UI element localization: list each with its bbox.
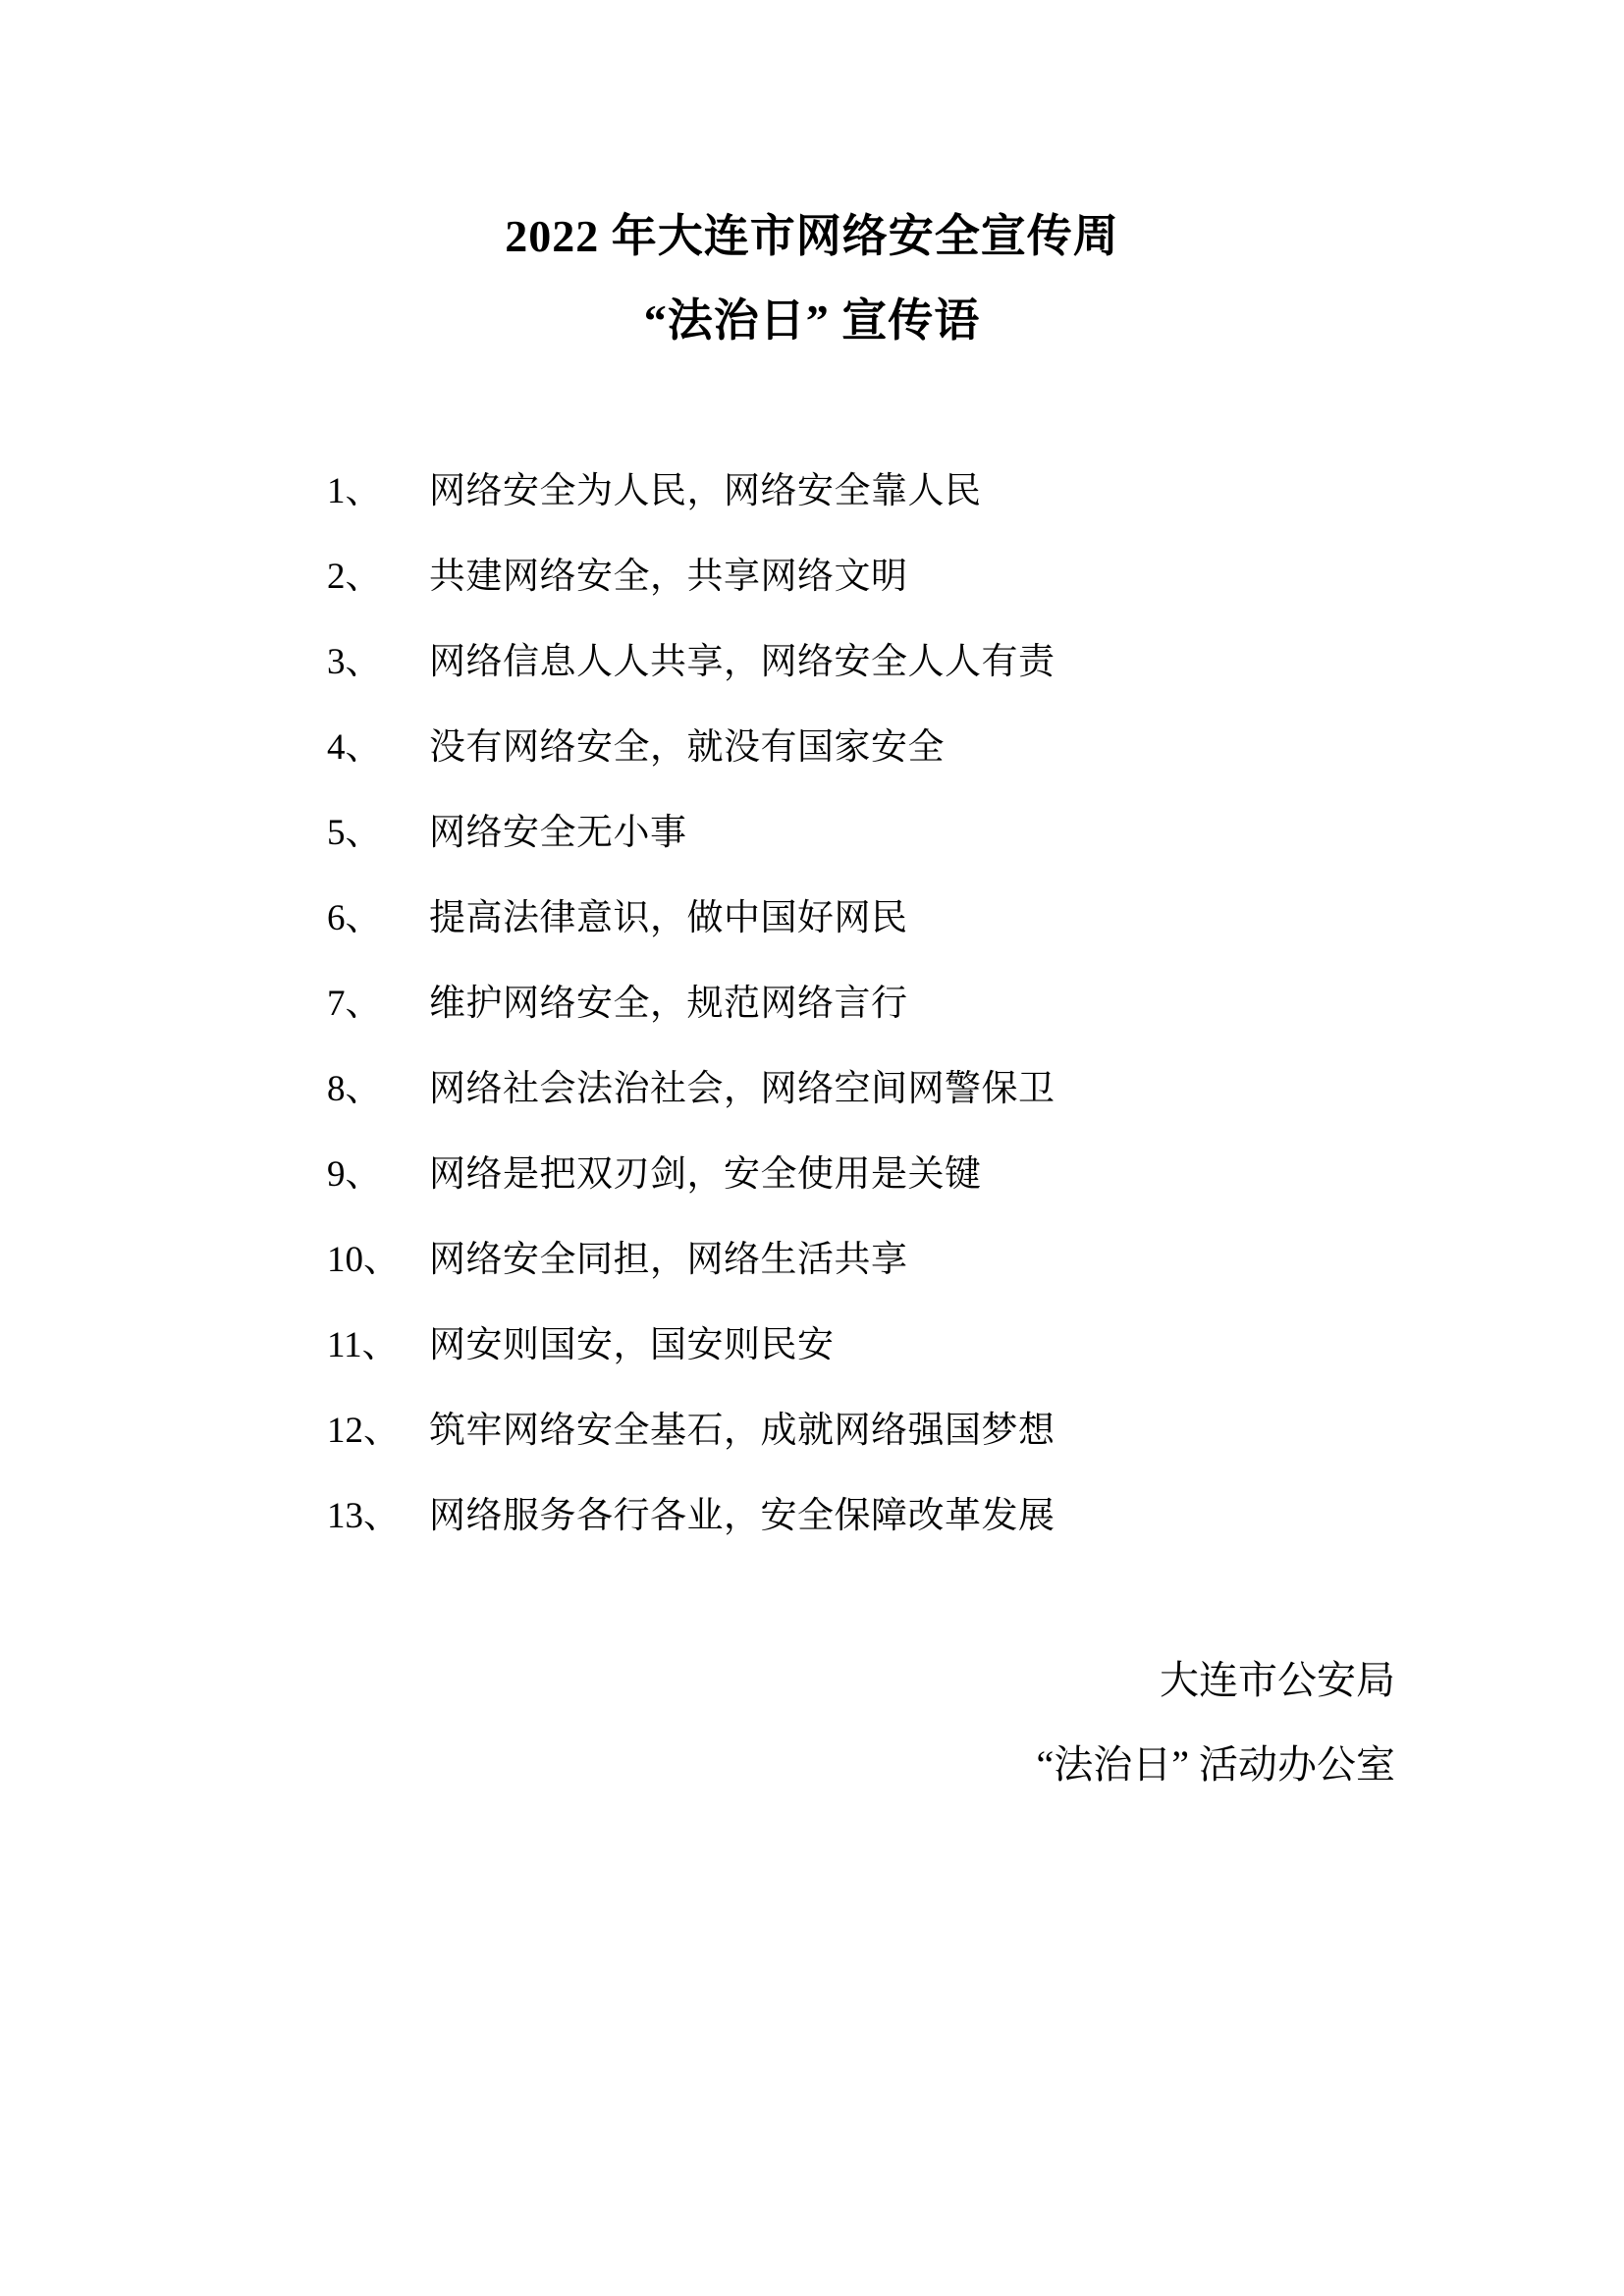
list-item-text: 没有网络安全，就没有国家安全 <box>429 727 1506 770</box>
list-item: 3、 网络信息人人共享，网络安全人人有责 <box>327 642 1506 727</box>
list-item: 10、 网络安全同担，网络生活共享 <box>327 1240 1506 1325</box>
list-item-number: 6、 <box>327 898 429 940</box>
list-item-text: 网安则国安，国安则民安 <box>429 1325 1506 1367</box>
list-item-text: 维护网络安全，规范网络言行 <box>429 984 1506 1026</box>
list-item-number: 13、 <box>327 1496 429 1538</box>
list-item-text: 网络安全为人民，网络安全靠人民 <box>429 471 1506 513</box>
list-item-number: 5、 <box>327 813 429 855</box>
list-item-text: 网络信息人人共享，网络安全人人有责 <box>429 642 1506 684</box>
list-item-number: 3、 <box>327 642 429 684</box>
list-item-number: 7、 <box>327 984 429 1026</box>
list-item-text: 提高法律意识，做中国好网民 <box>429 898 1506 940</box>
list-item: 11、 网安则国安，国安则民安 <box>327 1325 1506 1411</box>
list-item-number: 9、 <box>327 1154 429 1197</box>
list-item: 13、 网络服务各行各业，安全保障改革发展 <box>327 1496 1506 1581</box>
list-item-number: 4、 <box>327 727 429 770</box>
list-item-text: 网络服务各行各业，安全保障改革发展 <box>429 1496 1506 1538</box>
list-item-number: 12、 <box>327 1411 429 1453</box>
signature-line-1: 大连市公安局 <box>1036 1661 1395 1700</box>
signature-block: 大连市公安局 “法治日” 活动办公室 <box>1036 1661 1395 1785</box>
list-item-text: 筑牢网络安全基石，成就网络强国梦想 <box>429 1411 1506 1453</box>
document-page: 2022 年大连市网络安全宣传周 “法治日” 宣传语 1、 网络安全为人民，网络… <box>0 0 1624 2296</box>
title-line-1: 2022 年大连市网络安全宣传周 <box>0 214 1624 259</box>
list-item-text: 网络安全无小事 <box>429 813 1506 855</box>
list-item: 4、 没有网络安全，就没有国家安全 <box>327 727 1506 813</box>
list-item: 8、 网络社会法治社会，网络空间网警保卫 <box>327 1069 1506 1154</box>
document-title: 2022 年大连市网络安全宣传周 “法治日” 宣传语 <box>0 214 1624 344</box>
list-item-text: 网络社会法治社会，网络空间网警保卫 <box>429 1069 1506 1111</box>
list-item-number: 8、 <box>327 1069 429 1111</box>
list-item: 2、 共建网络安全，共享网络文明 <box>327 557 1506 642</box>
list-item-number: 11、 <box>327 1325 429 1367</box>
list-item-number: 2、 <box>327 557 429 599</box>
list-item: 12、 筑牢网络安全基石，成就网络强国梦想 <box>327 1411 1506 1496</box>
signature-line-2: “法治日” 活动办公室 <box>1036 1745 1395 1785</box>
slogan-list: 1、 网络安全为人民，网络安全靠人民 2、 共建网络安全，共享网络文明 3、 网… <box>327 471 1506 1581</box>
list-item-number: 10、 <box>327 1240 429 1282</box>
list-item: 6、 提高法律意识，做中国好网民 <box>327 898 1506 984</box>
list-item: 5、 网络安全无小事 <box>327 813 1506 898</box>
list-item: 1、 网络安全为人民，网络安全靠人民 <box>327 471 1506 557</box>
list-item-text: 网络安全同担，网络生活共享 <box>429 1240 1506 1282</box>
list-item: 9、 网络是把双刃剑，安全使用是关键 <box>327 1154 1506 1240</box>
list-item-text: 网络是把双刃剑，安全使用是关键 <box>429 1154 1506 1197</box>
list-item-text: 共建网络安全，共享网络文明 <box>429 557 1506 599</box>
list-item: 7、 维护网络安全，规范网络言行 <box>327 984 1506 1069</box>
title-line-2: “法治日” 宣传语 <box>0 298 1624 344</box>
list-item-number: 1、 <box>327 471 429 513</box>
